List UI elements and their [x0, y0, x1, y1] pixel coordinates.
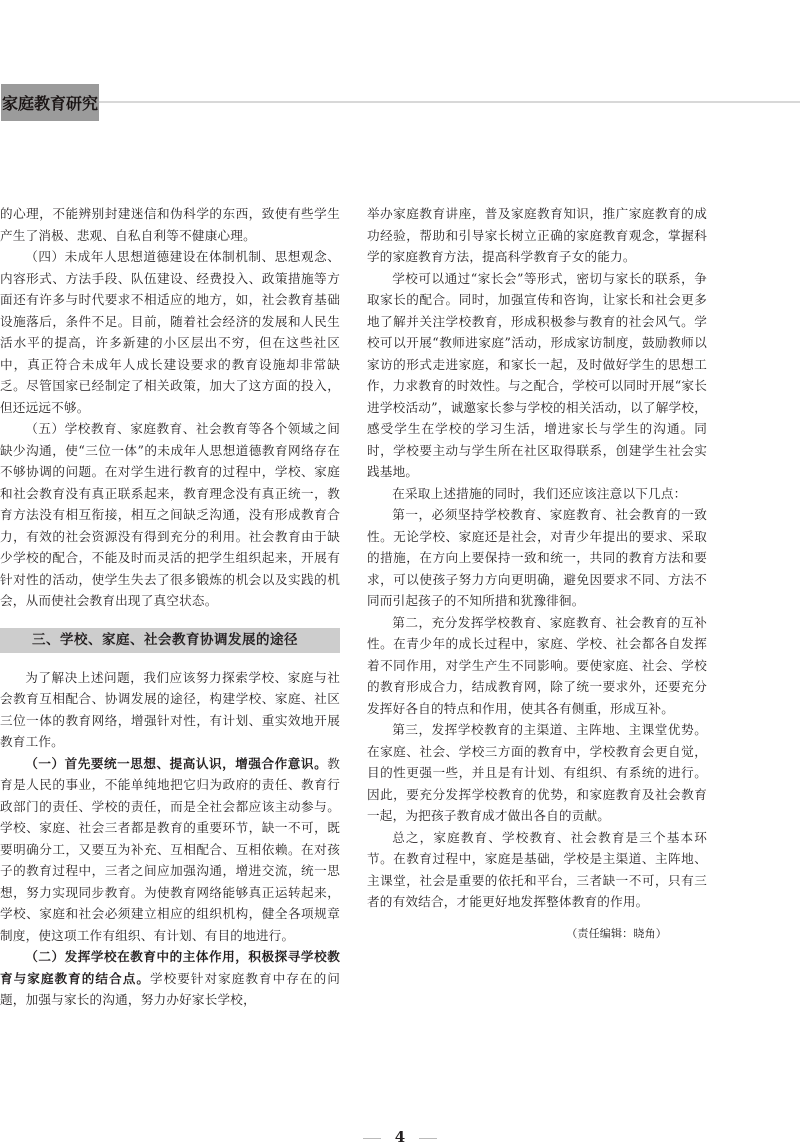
paragraph: （二）发挥学校在教育中的主体作用，积极探寻学校教育与家庭教育的结合点。学校要针对…: [0, 946, 340, 1011]
header-rule: [99, 101, 800, 103]
paragraph: 为了解决上述问题，我们应该努力探索学校、家庭与社会教育互相配合、协调发展的途径，…: [0, 667, 340, 753]
page-header: 家庭教育研究: [0, 84, 800, 121]
paragraph: 第一，必须坚持学校教育、家庭教育、社会教育的一致性。无论学校、家庭还是社会，对青…: [367, 504, 707, 612]
left-column: 的心理，不能辨别封建迷信和伪科学的东西，致使有些学生产生了消极、悲观、自私自利等…: [0, 203, 340, 1011]
paragraph: （五）学校教育、家庭教育、社会教育等各个领域之间缺少沟通，使“三位一体”的未成年…: [0, 418, 340, 612]
page-footer: 4: [0, 1128, 800, 1146]
footer-dash-left: [363, 1138, 381, 1139]
right-column: 举办家庭教育讲座，普及家庭教育知识，推广家庭教育的成功经验，帮助和引导家长树立正…: [367, 203, 707, 944]
paragraph: （四）未成年人思想道德建设在体制机制、思想观念、内容形式、方法手段、队伍建设、经…: [0, 246, 340, 418]
paragraph: 第三，发挥学校教育的主渠道、主阵地、主课堂优势。在家庭、社会、学校三方面的教育中…: [367, 719, 707, 827]
paragraph: 的心理，不能辨别封建迷信和伪科学的东西，致使有些学生产生了消极、悲观、自私自利等…: [0, 203, 340, 246]
editor-note: （责任编辑：晓角）: [367, 923, 707, 945]
section-heading: 三、学校、家庭、社会教育协调发展的途径: [0, 628, 340, 653]
paragraph: 在采取上述措施的同时，我们还应该注意以下几点：: [367, 483, 707, 505]
paragraph: 总之，家庭教育、学校教育、社会教育是三个基本环节。在教育过程中，家庭是基础，学校…: [367, 827, 707, 913]
paragraph: 学校可以通过“家长会”等形式，密切与家长的联系，争取家长的配合。同时，加强宣传和…: [367, 268, 707, 483]
page-number: 4: [395, 1128, 405, 1146]
paragraph: 第二，充分发挥学校教育、家庭教育、社会教育的互补性。在青少年的成长过程中，家庭、…: [367, 612, 707, 720]
section-label-box: 家庭教育研究: [1, 84, 99, 121]
footer-dash-right: [419, 1138, 437, 1139]
paragraph: 举办家庭教育讲座，普及家庭教育知识，推广家庭教育的成功经验，帮助和引导家长树立正…: [367, 203, 707, 268]
subheading-lead: （一）首先要统一思想、提高认识，增强合作意识。: [25, 756, 327, 771]
paragraph: （一）首先要统一思想、提高认识，增强合作意识。教育是人民的事业，不能单纯地把它归…: [0, 753, 340, 947]
paragraph-body: 教育是人民的事业，不能单纯地把它归为政府的责任、教育行政部门的责任、学校的责任，…: [0, 756, 340, 943]
section-label: 家庭教育研究: [2, 91, 98, 114]
